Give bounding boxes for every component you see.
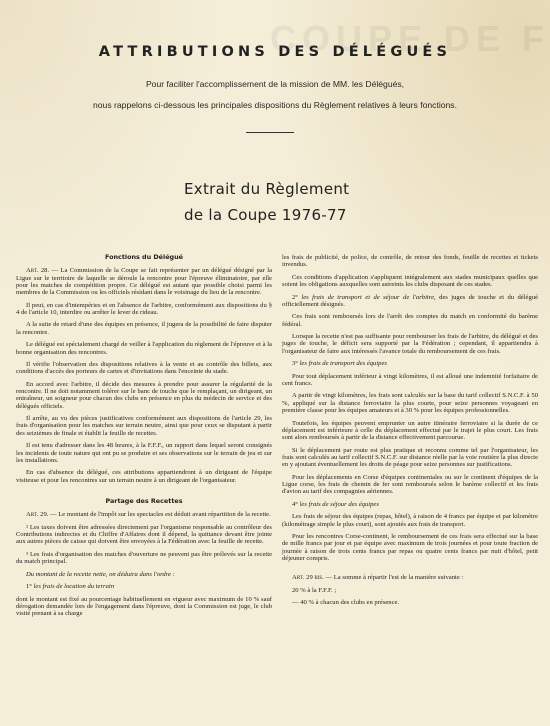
paragraph: En cas d'absence du délégué, ces attribu… — [16, 469, 272, 484]
paragraph: A la suite de retard d'une des équipes e… — [16, 321, 272, 336]
subtitle-line-1: Extrait du Règlement — [184, 180, 349, 198]
paragraph: Lorsque la recette n'est pas suffisante … — [282, 333, 538, 355]
paragraph: dont le montant est fixé au pourcentage … — [16, 596, 272, 618]
article-label: Art. 29. — [26, 511, 48, 518]
paragraph: En accord avec l'arbitre, il décide des … — [16, 381, 272, 410]
page-title: ATTRIBUTIONS DES DÉLÉGUÉS — [0, 44, 550, 60]
paragraph: Il peut, en cas d'intempéries et en l'ab… — [16, 302, 272, 317]
list-item-3: 3° les frais de transport des équipes — [282, 360, 538, 367]
split-item-ffF: 20 % à la F.F.F. ; — [282, 587, 538, 594]
list-item-4: 4° les frais de séjour des équipes — [282, 501, 538, 508]
list-item-2: 2° les frais de transport et de séjour d… — [282, 294, 538, 309]
art29-paragraph: Art. 29. — Le montant de l'impôt sur les… — [16, 511, 272, 518]
paragraph: A partir de vingt kilomètres, les frais … — [282, 392, 538, 414]
left-column: Fonctions du Délégué Art. 28. — La Commi… — [16, 254, 272, 623]
intro-line-2: nous rappelons ci-dessous les principale… — [0, 100, 550, 110]
paragraph: Du montant de la recette nette, on dédui… — [16, 571, 272, 578]
divider — [246, 132, 294, 133]
paragraph: ³ Les frais d'organisation des matches d… — [16, 551, 272, 566]
split-item-clubs: — 40 % à chacun des clubs en présence. — [282, 599, 538, 606]
section-heading-recettes: Partage des Recettes — [16, 498, 272, 505]
paragraph: Le délégué est spécialement chargé de ve… — [16, 341, 272, 356]
paragraph: Pour tout déplacement inférieur à vingt … — [282, 373, 538, 388]
paragraph: Il arrête, au vu des pièces justificativ… — [16, 415, 272, 437]
right-column: les frais de publicité, de police, de co… — [282, 254, 538, 612]
paragraph: Les frais de séjour des équipes (repas, … — [282, 513, 538, 528]
paragraph: Ces conditions d'application s'appliquen… — [282, 274, 538, 289]
paragraph: Toutefois, les équipes peuvent emprunter… — [282, 420, 538, 442]
list-item-1: 1° les frais de location du terrain — [16, 583, 272, 590]
intro-line-1: Pour faciliter l'accomplissement de la m… — [0, 79, 550, 89]
art29bis-paragraph: Art. 29 bis. — La somme à répartir l'est… — [282, 574, 538, 581]
paragraph: Il est tenu d'adresser dans les 48 heure… — [16, 442, 272, 464]
subtitle-line-2: de la Coupe 1976-77 — [184, 206, 347, 224]
paragraph: Si le déplacement par route est plus pra… — [282, 447, 538, 469]
paragraph: les frais de publicité, de police, de co… — [282, 254, 538, 269]
article-label: Art. 28. — [26, 267, 49, 274]
paragraph: Pour les rencontres Corse-continent, le … — [282, 533, 538, 562]
paragraph: ² Les taxes doivent être adressées direc… — [16, 524, 272, 546]
paragraph: Ces frais sont remboursés lors de l'arrê… — [282, 313, 538, 328]
art28-paragraph: Art. 28. — La Commission de la Coupe se … — [16, 267, 272, 296]
paragraph: Pour les déplacements en Corse d'équipes… — [282, 474, 538, 496]
section-heading-fonctions: Fonctions du Délégué — [16, 254, 272, 261]
article-label: Art. 29 bis. — [292, 574, 324, 581]
paragraph: Il vérifie l'observation des disposition… — [16, 361, 272, 376]
